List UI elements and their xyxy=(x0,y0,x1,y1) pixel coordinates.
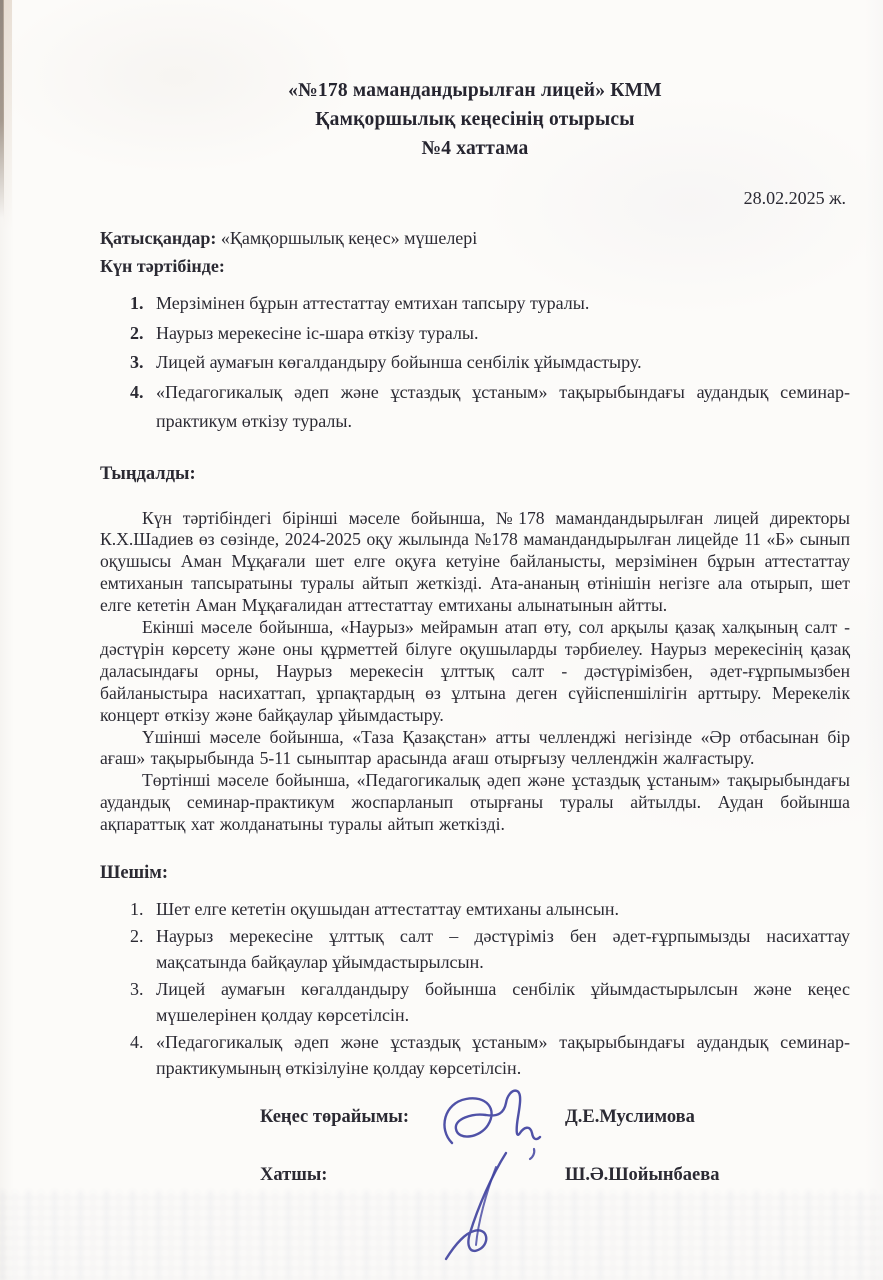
decision-item-number: 1. xyxy=(130,896,156,922)
agenda-item-number: 3. xyxy=(130,348,156,378)
decision-item-number: 4. xyxy=(130,1029,156,1081)
agenda-item: 1. Мерзімінен бұрын аттестаттау емтихан … xyxy=(130,289,850,319)
decision-item-text: Наурыз мерекесіне ұлттық салт – дәстүрім… xyxy=(156,923,850,975)
decision-item: 2. Наурыз мерекесіне ұлттық салт – дәстү… xyxy=(130,923,850,975)
scanned-document-page: «№178 мамандандырылған лицей» КММ Қамқор… xyxy=(0,0,883,1280)
agenda-item: 2. Наурыз мерекесіне іс-шара өткізу тура… xyxy=(130,319,850,349)
heard-section: Күн тәртібіндегі бірінші мәселе бойынша,… xyxy=(100,508,850,837)
title-line-organization: «№178 мамандандырылған лицей» КММ xyxy=(100,76,850,105)
agenda-item-number: 4. xyxy=(130,378,156,437)
agenda-item-text: Наурыз мерекесіне іс-шара өткізу туралы. xyxy=(156,319,850,349)
scan-edge-tint xyxy=(3,0,12,230)
agenda-item-number: 2. xyxy=(130,319,156,349)
decision-item: 4. «Педагогикалық әдеп және ұстаздық ұст… xyxy=(130,1029,850,1081)
document-content: «№178 мамандандырылған лицей» КММ Қамқор… xyxy=(100,76,850,1223)
agenda-heading: Күн тәртібінде: xyxy=(100,253,850,279)
agenda-item-text: «Педагогикалық әдеп және ұстаздық ұстаны… xyxy=(156,378,850,437)
page-bleed-through xyxy=(0,1190,883,1280)
heard-heading: Тыңдалды: xyxy=(100,461,850,487)
participants-line: Қатысқандар: «Қамқоршылық кеңес» мүшелер… xyxy=(100,225,850,251)
document-date: 28.02.2025 ж. xyxy=(100,188,850,209)
signature-row-chairwoman: Кеңес төрайымы: Д.Е.Муслимова xyxy=(260,1107,850,1165)
decision-item: 1. Шет елге кететін оқушыдан аттестаттау… xyxy=(130,896,850,922)
decision-item-text: «Педагогикалық әдеп және ұстаздық ұстаны… xyxy=(156,1029,850,1081)
decision-item-number: 2. xyxy=(130,923,156,975)
decision-item: 3. Лицей аумағын көгалдандыру бойынша се… xyxy=(130,976,850,1028)
agenda-item-text: Лицей аумағын көгалдандыру бойынша сенбі… xyxy=(156,348,850,378)
secretary-name: Ш.Ә.Шойынбаева xyxy=(565,1165,720,1186)
body-paragraph-3: Үшінші мәселе бойынша, «Таза Қазақстан» … xyxy=(100,727,850,771)
decision-item-text: Шет елге кететін оқушыдан аттестаттау ем… xyxy=(156,896,850,922)
participants-label: Қатысқандар: xyxy=(100,228,216,248)
chairwoman-name: Д.Е.Муслимова xyxy=(565,1107,695,1128)
participants-value: «Қамқоршылық кеңес» мүшелері xyxy=(221,228,477,248)
agenda-item-number: 1. xyxy=(130,289,156,319)
agenda-item-text: Мерзімінен бұрын аттестаттау емтихан тап… xyxy=(156,289,850,319)
secretary-role-label: Хатшы: xyxy=(260,1165,460,1186)
decision-heading: Шешім: xyxy=(100,860,850,886)
chairwoman-role-label: Кеңес төрайымы: xyxy=(260,1107,460,1128)
title-line-meeting: Қамқоршылық кеңесінің отырысы xyxy=(100,105,850,134)
title-line-protocol-number: №4 хаттама xyxy=(100,134,850,163)
decision-item-number: 3. xyxy=(130,976,156,1028)
decision-item-text: Лицей аумағын көгалдандыру бойынша сенбі… xyxy=(156,976,850,1028)
body-paragraph-4: Төртінші мәселе бойынша, «Педагогикалық … xyxy=(100,770,850,836)
body-paragraph-2: Екінші мәселе бойынша, «Наурыз» мейрамын… xyxy=(100,617,850,727)
decision-list: 1. Шет елге кететін оқушыдан аттестаттау… xyxy=(100,896,850,1081)
document-title: «№178 мамандандырылған лицей» КММ Қамқор… xyxy=(100,76,850,163)
agenda-item: 3. Лицей аумағын көгалдандыру бойынша се… xyxy=(130,348,850,378)
agenda-list: 1. Мерзімінен бұрын аттестаттау емтихан … xyxy=(100,289,850,437)
agenda-item: 4. «Педагогикалық әдеп және ұстаздық ұст… xyxy=(130,378,850,437)
body-paragraph-1: Күн тәртібіндегі бірінші мәселе бойынша,… xyxy=(100,508,850,618)
